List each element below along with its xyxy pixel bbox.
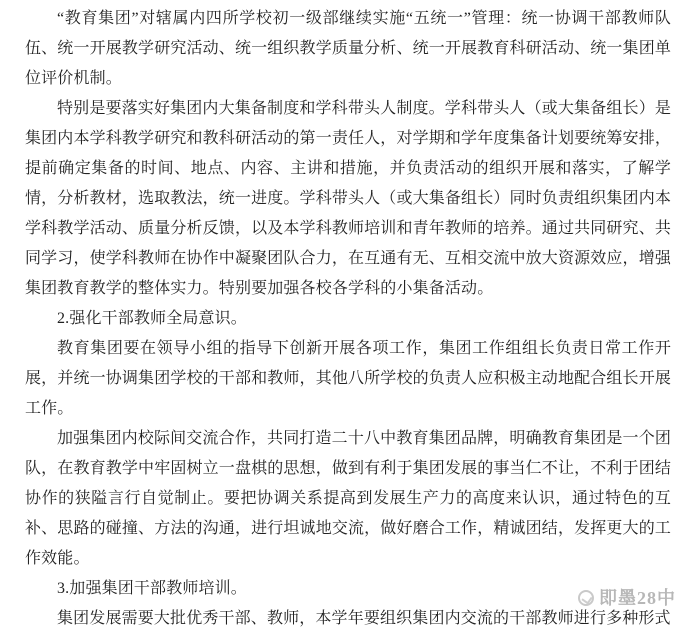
paragraph-2: 特别是要落实好集团内大集备制度和学科带头人制度。学科带头人（或大集备组长）是集团… [25,94,671,304]
paragraph-6-heading: 3.加强集团干部教师培训。 [25,574,671,604]
document-body: “教育集团”对辖属内四所学校初一级部继续实施“五统一”管理：统一协调干部教师队伍… [25,4,671,634]
paragraph-3-heading: 2.强化干部教师全局意识。 [25,304,671,334]
paragraph-1: “教育集团”对辖属内四所学校初一级部继续实施“五统一”管理：统一协调干部教师队伍… [25,4,671,94]
paragraph-5: 加强集团内校际间交流合作，共同打造二十八中教育集团品牌，明确教育集团是一个团队，… [25,424,671,574]
paragraph-7: 集团发展需要大批优秀干部、教师，本学年要组织集团内交流的干部教师进行多种形式 [25,604,671,634]
paragraph-4: 教育集团要在领导小组的指导下创新开展各项工作，集团工作组组长负责日常工作开展，并… [25,334,671,424]
